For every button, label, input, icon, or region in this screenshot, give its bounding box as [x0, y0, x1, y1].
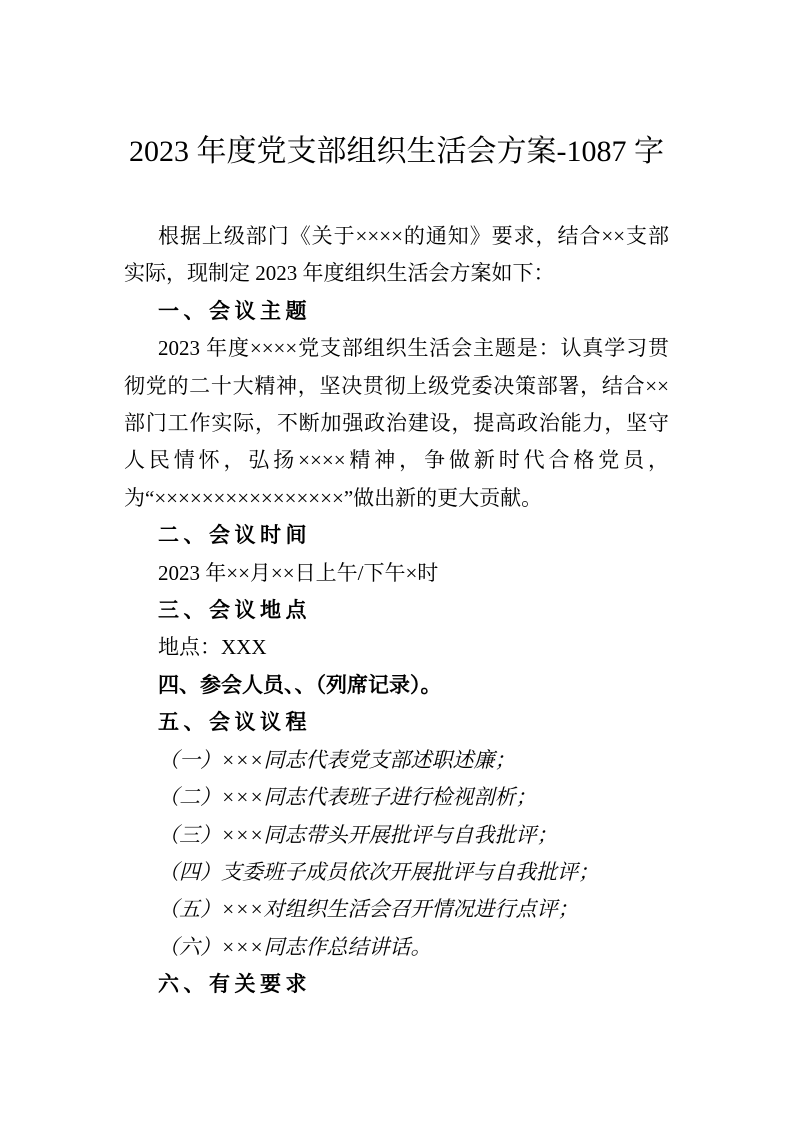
- section-heading-agenda: 五、会议议程: [124, 704, 669, 741]
- section-heading-meeting-theme: 一、会议主题: [124, 293, 669, 330]
- section-heading-attendees: 四、参会人员、、（列席记录）。: [124, 667, 669, 704]
- meeting-theme-paragraph: 2023 年度××××党支部组织生活会主题是：认真学习贯彻党的二十大精神，坚决贯…: [124, 330, 669, 517]
- section-heading-meeting-time: 二、会议时间: [124, 517, 669, 554]
- agenda-item-5: （五）×××对组织生活会召开情况进行点评；: [124, 891, 669, 928]
- agenda-item-1: （一）×××同志代表党支部述职述廉；: [124, 742, 669, 779]
- intro-paragraph: 根据上级部门《关于××××的通知》要求，结合××支部实际，现制定 2023 年度…: [124, 218, 669, 293]
- agenda-item-6: （六）×××同志作总结讲话。: [124, 929, 669, 966]
- meeting-place-paragraph: 地点：XXX: [124, 629, 669, 666]
- agenda-item-3: （三）×××同志带头开展批评与自我批评；: [124, 817, 669, 854]
- meeting-time-paragraph: 2023 年××月××日上午/下午×时: [124, 555, 669, 592]
- section-heading-meeting-place: 三、会议地点: [124, 592, 669, 629]
- section-heading-requirements: 六、有关要求: [124, 966, 669, 1003]
- agenda-item-4: （四）支委班子成员依次开展批评与自我批评；: [124, 854, 669, 891]
- document-page: 2023 年度党支部组织生活会方案-1087 字 根据上级部门《关于××××的通…: [0, 0, 793, 1122]
- document-title: 2023 年度党支部组织生活会方案-1087 字: [124, 130, 669, 174]
- agenda-item-2: （二）×××同志代表班子进行检视剖析；: [124, 779, 669, 816]
